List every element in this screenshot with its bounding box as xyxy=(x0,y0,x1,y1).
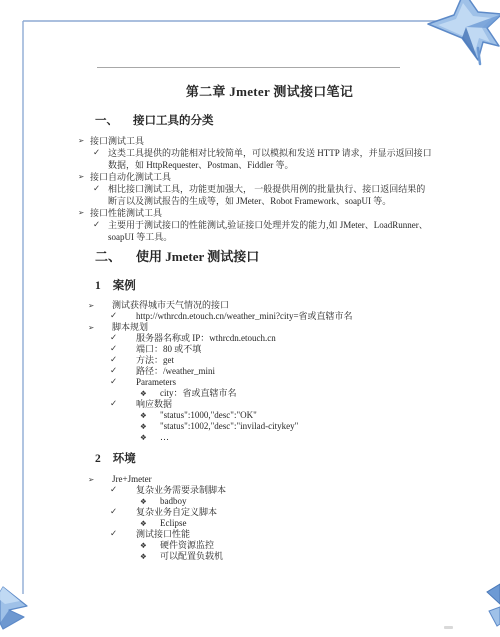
list-item: ❖"status":1000,"desc":"OK" xyxy=(0,410,500,421)
list-item-text: city：省或直辖市名 xyxy=(160,388,434,399)
check-bullet-icon: ✓ xyxy=(93,147,108,159)
list-item: ➢Jre+Jmeter xyxy=(0,474,500,485)
list-item-text: 硬件资源监控 xyxy=(160,540,434,551)
check-bullet-icon: ✓ xyxy=(110,311,136,322)
list-item: ✓这类工具提供的功能相对比较简单，可以模拟和发送 HTTP 请求，并显示返回接口… xyxy=(0,147,500,171)
list-item: ✓复杂业务自定义脚本 xyxy=(0,507,500,518)
list-item-text: Jre+Jmeter xyxy=(112,474,434,485)
diamond-bullet-icon: ❖ xyxy=(140,432,160,443)
heading-text: 环境 xyxy=(113,453,136,465)
list-item: ✓服务器名称或 IP：wthrcdn.etouch.cn xyxy=(0,333,500,344)
list-item-text: "status":1002,"desc":"invilad-citykey" xyxy=(160,421,434,432)
list-item: ✓方法：get xyxy=(0,355,500,366)
list-item-text: 测试获得城市天气情况的接口 xyxy=(112,300,434,311)
list-item: ✓复杂业务需要录制脚本 xyxy=(0,485,500,496)
heading-case: 1案例 xyxy=(95,277,136,293)
check-bullet-icon: ✓ xyxy=(110,399,136,410)
list-item: ✓相比接口测试工具，功能更加强大， 一般提供用例的批量执行、接口返回结果的断言以… xyxy=(0,183,500,207)
heading-use-jmeter: 二、使用 Jmeter 测试接口 xyxy=(95,246,259,265)
list-item: ✓路径：/weather_mini xyxy=(0,366,500,377)
list-item-text: 可以配置负载机 xyxy=(160,551,434,562)
tools-classification-list: ➢接口测试工具 ✓这类工具提供的功能相对比较简单，可以模拟和发送 HTTP 请求… xyxy=(0,135,500,243)
list-item-text: badboy xyxy=(160,496,434,507)
page-title: 第二章 Jmeter 测试接口笔记 xyxy=(97,81,442,100)
diamond-bullet-icon: ❖ xyxy=(140,388,160,399)
diamond-bullet-icon: ❖ xyxy=(140,496,160,507)
document-page: 第二章 Jmeter 测试接口笔记 一、接口工具的分类 ➢接口测试工具 ✓这类工… xyxy=(0,0,500,637)
case-list: ➢测试获得城市天气情况的接口 ✓http://wthrcdn.etouch.cn… xyxy=(0,300,500,443)
list-item: ❖可以配置负载机 xyxy=(0,551,500,562)
diamond-bullet-icon: ❖ xyxy=(140,540,160,551)
list-item: ❖badboy xyxy=(0,496,500,507)
heading-tools-classification: 一、接口工具的分类 xyxy=(95,112,214,128)
arrow-bullet-icon: ➢ xyxy=(78,171,90,183)
arrow-bullet-icon: ➢ xyxy=(88,300,112,311)
heading-number: 二、 xyxy=(95,249,121,264)
list-item: ✓http://wthrcdn.etouch.cn/weather_mini?c… xyxy=(0,311,500,322)
list-item-text: 主要用于测试接口的性能测试,验证接口处理并发的能力,如 JMeter、LoadR… xyxy=(108,219,434,243)
list-item-text: 服务器名称或 IP：wthrcdn.etouch.cn xyxy=(136,333,434,344)
arrow-bullet-icon: ➢ xyxy=(88,474,112,485)
heading-text: 案例 xyxy=(113,280,136,292)
heading-text: 使用 Jmeter 测试接口 xyxy=(136,249,259,264)
heading-number: 一、 xyxy=(95,115,118,127)
list-item-text: 这类工具提供的功能相对比较简单，可以模拟和发送 HTTP 请求，并显示返回接口数… xyxy=(108,147,434,171)
footer-mark xyxy=(444,626,453,629)
list-item: ✓测试接口性能 xyxy=(0,529,500,540)
check-bullet-icon: ✓ xyxy=(110,366,136,377)
check-bullet-icon: ✓ xyxy=(110,507,136,518)
check-bullet-icon: ✓ xyxy=(110,485,136,496)
list-item-text: 脚本规划 xyxy=(112,322,434,333)
list-item: ➢接口性能测试工具 xyxy=(0,207,500,219)
list-item: ✓主要用于测试接口的性能测试,验证接口处理并发的能力,如 JMeter、Load… xyxy=(0,219,500,243)
list-item: ➢接口自动化测试工具 xyxy=(0,171,500,183)
list-item-text: 复杂业务需要录制脚本 xyxy=(136,485,434,496)
heading-text: 接口工具的分类 xyxy=(133,115,214,127)
diamond-bullet-icon: ❖ xyxy=(140,551,160,562)
arrow-bullet-icon: ➢ xyxy=(78,135,90,147)
list-item: ➢接口测试工具 xyxy=(0,135,500,147)
bottom-left-star-icon xyxy=(0,587,27,629)
list-item-text: 方法：get xyxy=(136,355,434,366)
environment-list: ➢Jre+Jmeter ✓复杂业务需要录制脚本 ❖badboy ✓复杂业务自定义… xyxy=(0,474,500,562)
list-item-text: 响应数据 xyxy=(136,399,434,410)
list-item-text: 复杂业务自定义脚本 xyxy=(136,507,434,518)
diamond-bullet-icon: ❖ xyxy=(140,518,160,529)
list-item: ✓响应数据 xyxy=(0,399,500,410)
list-item-text: 相比接口测试工具，功能更加强大， 一般提供用例的批量执行、接口返回结果的断言以及… xyxy=(108,183,434,207)
list-item: ❖"status":1002,"desc":"invilad-citykey" xyxy=(0,421,500,432)
list-item-text: 接口自动化测试工具 xyxy=(90,171,434,183)
list-item-text: Eclipse xyxy=(160,518,434,529)
heading-number: 2 xyxy=(95,453,101,465)
top-right-star-icon xyxy=(428,0,500,64)
list-item-text: 测试接口性能 xyxy=(136,529,434,540)
check-bullet-icon: ✓ xyxy=(110,344,136,355)
list-item-text: 端口：80 或不填 xyxy=(136,344,434,355)
diamond-bullet-icon: ❖ xyxy=(140,410,160,421)
arrow-bullet-icon: ➢ xyxy=(78,207,90,219)
list-item-text: 接口性能测试工具 xyxy=(90,207,434,219)
list-item: ❖… xyxy=(0,432,500,443)
check-bullet-icon: ✓ xyxy=(110,355,136,366)
arrow-bullet-icon: ➢ xyxy=(88,322,112,333)
list-item-text: 接口测试工具 xyxy=(90,135,434,147)
list-item-text: Parameters xyxy=(136,377,434,388)
bottom-right-star-icon xyxy=(487,584,500,626)
heading-number: 1 xyxy=(95,280,101,292)
list-item: ❖硬件资源监控 xyxy=(0,540,500,551)
list-item-text: 路径：/weather_mini xyxy=(136,366,434,377)
list-item: ❖city：省或直辖市名 xyxy=(0,388,500,399)
diamond-bullet-icon: ❖ xyxy=(140,421,160,432)
list-item-text: … xyxy=(160,432,434,443)
list-item: ➢脚本规划 xyxy=(0,322,500,333)
check-bullet-icon: ✓ xyxy=(110,333,136,344)
check-bullet-icon: ✓ xyxy=(110,529,136,540)
list-item-text: http://wthrcdn.etouch.cn/weather_mini?ci… xyxy=(136,311,434,322)
check-bullet-icon: ✓ xyxy=(93,219,108,231)
heading-environment: 2环境 xyxy=(95,450,136,466)
list-item-text: "status":1000,"desc":"OK" xyxy=(160,410,434,421)
check-bullet-icon: ✓ xyxy=(93,183,108,195)
list-item: ➢测试获得城市天气情况的接口 xyxy=(0,300,500,311)
list-item: ✓Parameters xyxy=(0,377,500,388)
header-rule xyxy=(97,67,400,68)
list-item: ✓端口：80 或不填 xyxy=(0,344,500,355)
check-bullet-icon: ✓ xyxy=(110,377,136,388)
list-item: ❖Eclipse xyxy=(0,518,500,529)
